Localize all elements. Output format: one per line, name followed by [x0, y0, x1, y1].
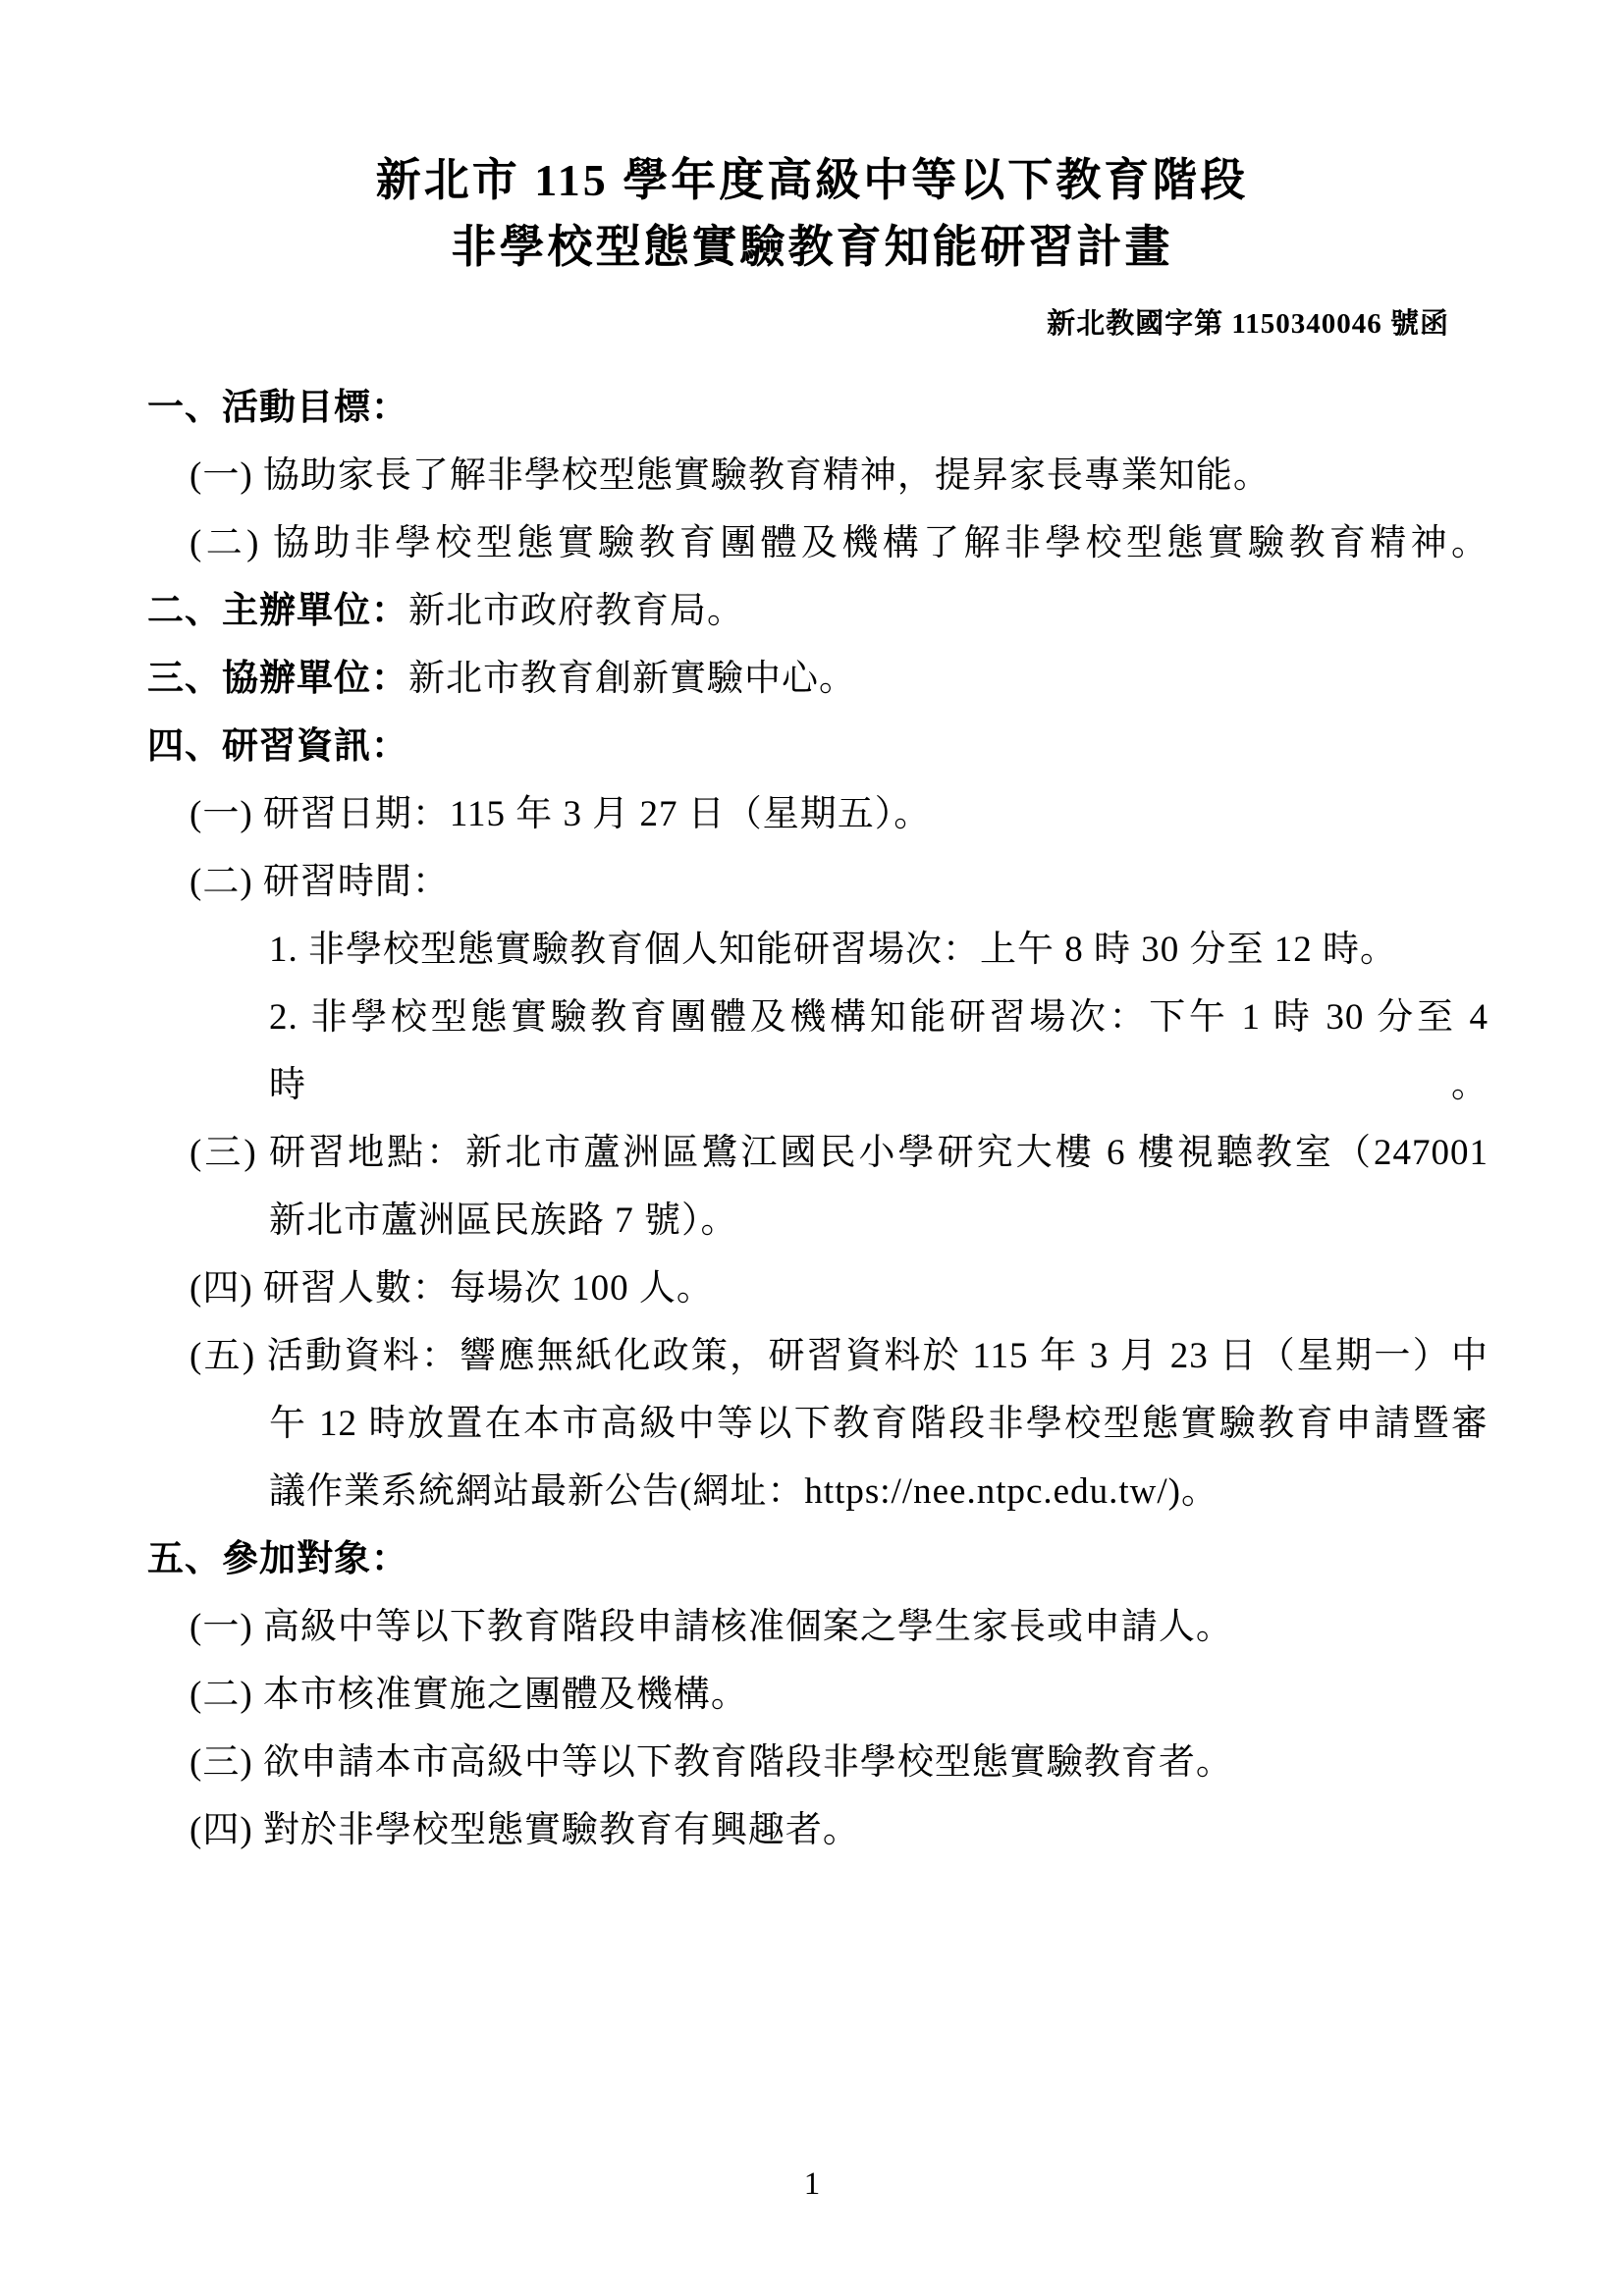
list-item-label: (二) — [189, 862, 253, 902]
list-item: (五) 活動資料：響應無紙化政策，研習資料於 115 年 3 月 23 日（星期… — [147, 1322, 1489, 1390]
section-heading-participants: 五、參加對象： — [147, 1525, 1489, 1593]
list-item-label: (四) — [189, 1268, 253, 1308]
section-body-organizer: 新北市政府教育局。 — [408, 591, 744, 631]
list-item: (三) 研習地點：新北市蘆洲區鷺江國民小學研究大樓 6 樓視聽教室（247001 — [147, 1119, 1489, 1187]
list-item: (四) 研習人數：每場次 100 人。 — [147, 1255, 1489, 1322]
list-item: (一) 高級中等以下教育階段申請核准個案之學生家長或申請人。 — [147, 1593, 1489, 1661]
list-item-label: (二) — [189, 1675, 253, 1715]
list-item-text: 本市核准實施之團體及機構。 — [263, 1675, 748, 1715]
continuation-line: 議作業系統網站最新公告(網址：https://nee.ntpc.edu.tw/)… — [147, 1458, 1489, 1525]
list-item-text: 高級中等以下教育階段申請核准個案之學生家長或申請人。 — [263, 1607, 1233, 1647]
list-item-label: (二) — [189, 523, 259, 563]
section-heading-co-organizer: 三、協辦單位： — [147, 659, 408, 699]
list-item-text: 對於非學校型態實驗教育有興趣者。 — [263, 1810, 860, 1850]
list-item-text: 協助家長了解非學校型態實驗教育精神，提昇家長專業知能。 — [263, 455, 1271, 496]
title-line-2: 非學校型態實驗教育知能研習計畫 — [0, 214, 1624, 281]
list-item-label: (三) — [189, 1742, 253, 1783]
list-item: (三) 欲申請本市高級中等以下教育階段非學校型態實驗教育者。 — [147, 1729, 1489, 1796]
list-item-label: (一) — [189, 1607, 253, 1647]
list-item: (二) 本市核准實施之團體及機構。 — [147, 1661, 1489, 1729]
list-item: (四) 對於非學校型態實驗教育有興趣者。 — [147, 1796, 1489, 1864]
numbered-item: 1. 非學校型態實驗教育個人知能研習場次：上午 8 時 30 分至 12 時。 — [147, 916, 1489, 984]
document-body: 一、活動目標： (一) 協助家長了解非學校型態實驗教育精神，提昇家長專業知能。 … — [0, 374, 1624, 1864]
numbered-item: 2. 非學校型態實驗教育團體及機構知能研習場次：下午 1 時 30 分至 4 時… — [147, 984, 1489, 1119]
section-organizer: 二、主辦單位：新北市政府教育局。 — [147, 577, 1489, 645]
section-heading-organizer: 二、主辦單位： — [147, 591, 408, 631]
section-heading-workshop-info: 四、研習資訊： — [147, 713, 1489, 780]
section-co-organizer: 三、協辦單位：新北市教育創新實驗中心。 — [147, 645, 1489, 713]
document-page: 新北市 115 學年度高級中等以下教育階段 非學校型態實驗教育知能研習計畫 新北… — [0, 0, 1624, 2296]
list-item-label: (三) — [189, 1133, 257, 1173]
list-item-text: 研習日期：115 年 3 月 27 日（星期五）。 — [263, 794, 931, 834]
title-line-1: 新北市 115 學年度高級中等以下教育階段 — [0, 147, 1624, 214]
section-heading-goals: 一、活動目標： — [147, 374, 1489, 442]
list-item: (二) 協助非學校型態實驗教育團體及機構了解非學校型態實驗教育精神。 — [147, 509, 1489, 577]
list-item-label: (一) — [189, 455, 253, 496]
list-item-label: (一) — [189, 794, 253, 834]
list-item: (一) 研習日期：115 年 3 月 27 日（星期五）。 — [147, 780, 1489, 848]
list-item-text: 欲申請本市高級中等以下教育階段非學校型態實驗教育者。 — [263, 1742, 1233, 1783]
list-item-text: 活動資料：響應無紙化政策，研習資料於 115 年 3 月 23 日（星期一）中 — [267, 1336, 1489, 1376]
list-item-text: 研習時間： — [263, 862, 450, 902]
page-number: 1 — [0, 2164, 1624, 2204]
list-item-label: (五) — [189, 1336, 255, 1376]
list-item-text: 研習地點：新北市蘆洲區鷺江國民小學研究大樓 6 樓視聽教室（247001 — [269, 1133, 1489, 1173]
list-item: (二) 研習時間： — [147, 848, 1489, 916]
list-item-text: 研習人數：每場次 100 人。 — [263, 1268, 714, 1308]
list-item-label: (四) — [189, 1810, 253, 1850]
reference-number: 新北教國字第 1150340046 號函 — [0, 304, 1624, 344]
section-body-co-organizer: 新北市教育創新實驗中心。 — [408, 659, 856, 699]
list-item-text: 協助非學校型態實驗教育團體及機構了解非學校型態實驗教育精神。 — [273, 523, 1489, 563]
continuation-line: 午 12 時放置在本市高級中等以下教育階段非學校型態實驗教育申請暨審 — [147, 1390, 1489, 1458]
document-title: 新北市 115 學年度高級中等以下教育階段 非學校型態實驗教育知能研習計畫 — [0, 0, 1624, 281]
continuation-line: 新北市蘆洲區民族路 7 號）。 — [147, 1187, 1489, 1255]
list-item: (一) 協助家長了解非學校型態實驗教育精神，提昇家長專業知能。 — [147, 442, 1489, 509]
